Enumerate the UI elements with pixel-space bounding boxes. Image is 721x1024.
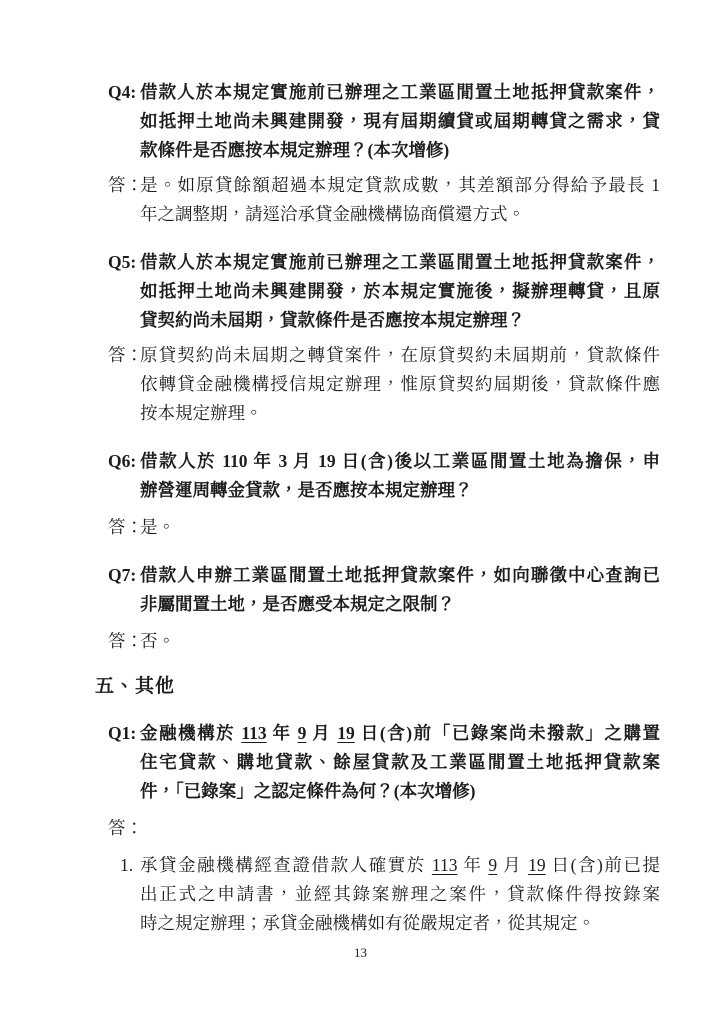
question-q1-text: 日(含)前「已錄案尚未撥款」之購置 (355, 723, 660, 743)
faq-content: Q4: 借款人於本規定實施前已辦理之工業區閒置土地抵押貸款案件， 如抵押土地尚未… (108, 78, 660, 938)
underlined-year: 113 (241, 723, 266, 743)
answer-a1: 答： (108, 814, 660, 843)
answer-a1-label: 答： (108, 814, 143, 843)
question-q5-line: 如抵押土地尚未興建開發，於本規定實施後，擬辦理轉貸，且原 (140, 277, 660, 306)
question-q1-line: 金融機構於 113 年 9 月 19 日(含)前「已錄案尚未撥款」之購置 (140, 719, 660, 748)
section-heading-5: 五、其他 (95, 672, 660, 701)
question-q5-line: 貸契約尚未屆期，貸款條件是否應按本規定辦理？ (140, 306, 660, 335)
question-q4-line: 款條件是否應按本規定辦理？(本次增修) (140, 136, 660, 165)
question-q6: Q6: 借款人於 110 年 3 月 19 日(含)後以工業區閒置土地為擔保，申… (108, 447, 660, 505)
answer-a5-line: 按本規定辦理。 (140, 399, 660, 428)
document-page: Q4: 借款人於本規定實施前已辦理之工業區閒置土地抵押貸款案件， 如抵押土地尚未… (0, 0, 721, 1024)
list-item-1-number: 1. (120, 851, 133, 880)
question-q4-line: 借款人於本規定實施前已辦理之工業區閒置土地抵押貸款案件， (140, 78, 660, 107)
answer-a6: 答： 是。 (108, 513, 660, 542)
question-q6-label: Q6: (108, 447, 136, 476)
answer-a5-label: 答： (108, 341, 143, 370)
list-item-1-line: 時之規定辦理；承貸金融機構如有從嚴規定者，從其規定。 (140, 909, 660, 938)
question-q7-line: 非屬閒置土地，是否應受本規定之限制？ (140, 590, 660, 619)
list-item-1-line: 出正式之申請書，並經其錄案辦理之案件，貸款條件得按錄案 (140, 880, 660, 909)
question-q7-line: 借款人申辦工業區閒置土地抵押貸款案件，如向聯徵中心查詢已 (140, 561, 660, 590)
answer-a5-line: 原貸契約尚未屆期之轉貸案件，在原貸契約未屆期前，貸款條件 (140, 341, 660, 370)
question-q5-label: Q5: (108, 248, 136, 277)
underlined-day: 19 (528, 855, 546, 875)
answer-a5-line: 依轉貸金融機構授信規定辦理，惟原貸契約屆期後，貸款條件應 (140, 370, 660, 399)
list-item-1-text: 承貸金融機構經查證借款人確實於 (140, 855, 432, 875)
answer-a4-line: 年之調整期，請逕洽承貸金融機構協商償還方式。 (140, 200, 660, 229)
answer-a7-label: 答： (108, 627, 143, 656)
answer-a7-line: 否。 (140, 627, 660, 656)
answer-a6-label: 答： (108, 513, 143, 542)
underlined-year: 113 (432, 855, 458, 875)
answer-a4-line: 是。如原貸餘額超過本規定貸款成數，其差額部分得給予最長 1 (140, 171, 660, 200)
list-item-1: 1. 承貸金融機構經查證借款人確實於 113 年 9 月 19 日(含)前已提 … (108, 851, 660, 938)
question-q4-label: Q4: (108, 78, 136, 107)
question-q7: Q7: 借款人申辦工業區閒置土地抵押貸款案件，如向聯徵中心查詢已 非屬閒置土地，… (108, 561, 660, 619)
question-q5: Q5: 借款人於本規定實施前已辦理之工業區閒置土地抵押貸款案件， 如抵押土地尚未… (108, 248, 660, 335)
question-q1-text: 年 (267, 723, 298, 743)
answer-a6-line: 是。 (140, 513, 660, 542)
answer-a5: 答： 原貸契約尚未屆期之轉貸案件，在原貸契約未屆期前，貸款條件 依轉貸金融機構授… (108, 341, 660, 428)
question-q1: Q1: 金融機構於 113 年 9 月 19 日(含)前「已錄案尚未撥款」之購置… (108, 719, 660, 806)
answer-a4-label: 答： (108, 171, 143, 200)
list-item-1-text: 日(含)前已提 (546, 855, 660, 875)
question-q1-text: 月 (306, 723, 337, 743)
question-q1-label: Q1: (108, 719, 136, 748)
list-item-1-text: 月 (497, 855, 528, 875)
page-number: 13 (0, 944, 721, 962)
answer-a7: 答： 否。 (108, 627, 660, 656)
answer-a4: 答： 是。如原貸餘額超過本規定貸款成數，其差額部分得給予最長 1 年之調整期，請… (108, 171, 660, 229)
list-item-1-line: 承貸金融機構經查證借款人確實於 113 年 9 月 19 日(含)前已提 (140, 851, 660, 880)
question-q7-label: Q7: (108, 561, 136, 590)
underlined-day: 19 (337, 723, 355, 743)
underlined-month: 9 (488, 855, 497, 875)
question-q6-line: 辦營運周轉金貸款，是否應按本規定辦理？ (140, 476, 660, 505)
question-q1-text: 金融機構於 (140, 723, 241, 743)
question-q4-line: 如抵押土地尚未興建開發，現有屆期續貸或屆期轉貸之需求，貸 (140, 107, 660, 136)
question-q5-line: 借款人於本規定實施前已辦理之工業區閒置土地抵押貸款案件， (140, 248, 660, 277)
question-q1-line: 住宅貸款、購地貸款、餘屋貸款及工業區閒置土地抵押貸款案 (140, 748, 660, 777)
question-q4: Q4: 借款人於本規定實施前已辦理之工業區閒置土地抵押貸款案件， 如抵押土地尚未… (108, 78, 660, 165)
question-q6-line: 借款人於 110 年 3 月 19 日(含)後以工業區閒置土地為擔保，申 (140, 447, 660, 476)
question-q1-line: 件，「已錄案」之認定條件為何？(本次增修) (140, 777, 660, 806)
list-item-1-text: 年 (457, 855, 488, 875)
